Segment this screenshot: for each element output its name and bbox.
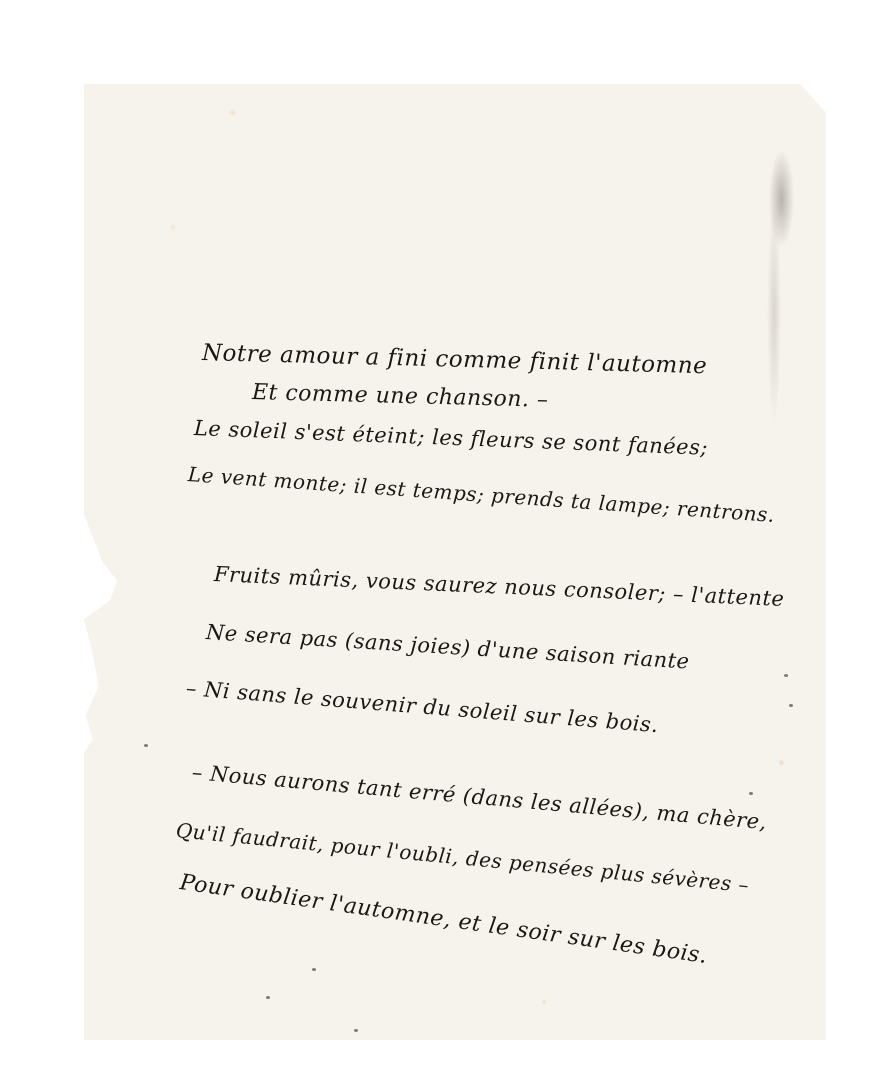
stanza-2-line-2: Ne sera pas (sans joies) d'une saison ri… <box>205 620 690 674</box>
stanza-2-line-3: – Ni sans le souvenir du soleil sur les … <box>185 676 659 737</box>
stanza-1-line-1: Notre amour a fini comme finit l'automne <box>202 340 708 379</box>
poem-text: Notre amour a fini comme finit l'automne… <box>84 84 826 1040</box>
manuscript-page: Notre amour a fini comme finit l'automne… <box>84 84 826 1040</box>
stanza-1-line-3: Le soleil s'est éteint; les fleurs se so… <box>194 416 709 460</box>
stanza-3-line-1: – Nous aurons tant erré (dans les allées… <box>191 760 768 834</box>
stanza-1-line-2: Et comme une chanson. – <box>252 380 549 413</box>
stanza-2-line-1: Fruits mûris, vous saurez nous consoler;… <box>213 562 784 611</box>
stanza-1-line-4: Le vent monte; il est temps; prends ta l… <box>187 462 775 527</box>
